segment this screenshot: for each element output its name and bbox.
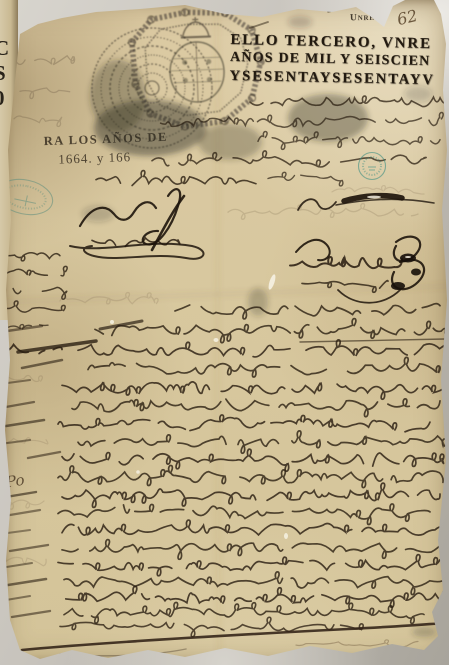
handwritten-line: [78, 431, 446, 453]
signature-left: [70, 189, 203, 259]
ink-dash: [12, 611, 50, 617]
handwritten-line: [14, 116, 62, 127]
ink-dash: [10, 545, 48, 551]
ink-dash: [0, 380, 30, 384]
ink-dash: [22, 360, 62, 368]
document-photo: C S 0 Unreal 62 ELLO TERCERO, VNRE AÑOS …: [0, 0, 449, 665]
handwritten-line: [175, 304, 440, 319]
ink-dash: [0, 326, 42, 332]
handwriting-body: [0, 8, 446, 647]
handwritten-line: [64, 602, 424, 623]
handwritten-line: [0, 500, 44, 509]
rubric-stroke: [298, 196, 434, 210]
handwritten-line: [60, 617, 363, 637]
ink-dash: [0, 530, 30, 534]
handwritten-line: [13, 287, 67, 299]
library-round-stamp-icon: [359, 153, 386, 180]
handwritten-line: [6, 266, 67, 276]
handwritten-line: [20, 88, 79, 99]
ink-dash: [8, 579, 46, 585]
manuscript-paper: Unreal 62 ELLO TERCERO, VNRE AÑOS DE MIL…: [0, 0, 449, 665]
handwritten-line: [58, 415, 430, 432]
ink-dash: [18, 341, 96, 352]
handwritten-line: [95, 319, 445, 343]
handwritten-line: [58, 504, 430, 525]
paper-creases: [0, 0, 449, 665]
handwritten-line: [62, 382, 442, 399]
ink-dash: [300, 339, 445, 342]
ink-dash: [0, 492, 36, 498]
handwritten-line: [96, 171, 256, 186]
handwritten-line: [64, 572, 442, 595]
ink-dash: [0, 596, 30, 601]
handwritten-line: [72, 399, 440, 417]
handwritten-line: [268, 172, 352, 186]
ink-dash: [6, 420, 44, 426]
ink-dash: [328, 8, 344, 12]
handwritten-line: [332, 186, 424, 195]
handwritten-line: [16, 56, 75, 65]
edge-print-fragment: C: [0, 36, 20, 61]
handwritten-line: [66, 586, 441, 607]
handwritten-line: [62, 537, 445, 560]
handwritten-line: [290, 257, 402, 268]
crown-icon: [180, 17, 211, 38]
handwritten-line: [78, 340, 445, 357]
ink-dash: [4, 510, 40, 516]
handwritten-line: [296, 640, 418, 647]
handwritten-line: [62, 483, 440, 507]
handwritten-line: [88, 357, 440, 377]
handwritten-line: [6, 301, 65, 312]
ink-layer: [0, 0, 449, 665]
signature-right: [296, 237, 424, 303]
handwritten-line: [6, 253, 60, 261]
ink-dash: [28, 452, 60, 458]
ink-dash: [0, 402, 34, 408]
handwritten-line: [62, 520, 442, 535]
ink-dash: [0, 563, 32, 568]
ink-dash: [250, 22, 268, 28]
handwritten-line: [62, 449, 444, 471]
handwritten-line: [228, 204, 418, 220]
